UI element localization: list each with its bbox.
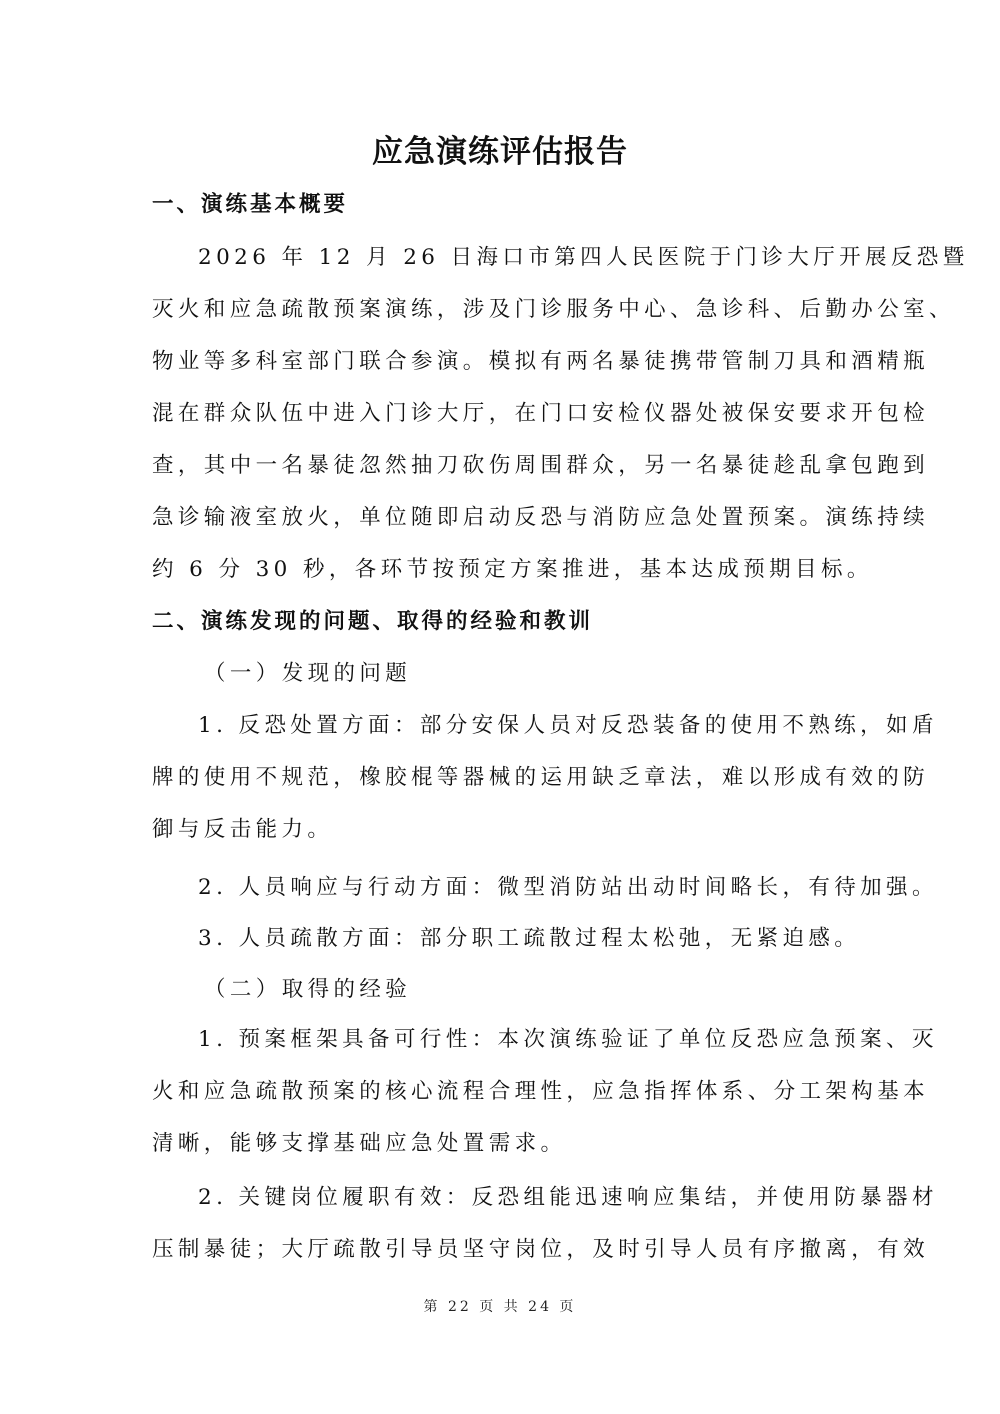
- paragraph-line: 3. 人员疏散方面：部分职工疏散过程太松弛，无紧迫感。: [198, 924, 898, 954]
- paragraph-line: 火和应急疏散预案的核心流程合理性，应急指挥体系、分工架构基本: [152, 1077, 852, 1107]
- subsection-heading-problems: （一）发现的问题: [204, 659, 904, 689]
- section-heading-1: 一、演练基本概要: [152, 190, 852, 220]
- paragraph-line: 压制暴徒；大厅疏散引导员坚守岗位，及时引导人员有序撤离，有效: [152, 1235, 852, 1265]
- paragraph-line: 牌的使用不规范，橡胶棍等器械的运用缺乏章法，难以形成有效的防: [152, 763, 852, 793]
- paragraph-line: 2. 人员响应与行动方面：微型消防站出动时间略长，有待加强。: [198, 873, 898, 903]
- document-title: 应急演练评估报告: [0, 130, 1000, 174]
- paragraph-line: 2. 关键岗位履职有效：反恐组能迅速响应集结，并使用防暴器材: [198, 1183, 898, 1213]
- paragraph-line: 御与反击能力。: [152, 815, 852, 845]
- paragraph-line: 1. 预案框架具备可行性：本次演练验证了单位反恐应急预案、灭: [198, 1025, 898, 1055]
- paragraph-line: 灭火和应急疏散预案演练，涉及门诊服务中心、急诊科、后勤办公室、: [152, 295, 852, 325]
- page-number-footer: 第 22 页 共 24 页: [0, 1296, 1000, 1316]
- paragraph-line: 急诊输液室放火，单位随即启动反恐与消防应急处置预案。演练持续: [152, 503, 852, 533]
- section-heading-2: 二、演练发现的问题、取得的经验和教训: [152, 607, 852, 637]
- paragraph-line: 查，其中一名暴徒忽然抽刀砍伤周围群众，另一名暴徒趁乱拿包跑到: [152, 451, 852, 481]
- subsection-heading-experience: （二）取得的经验: [204, 975, 904, 1005]
- paragraph-line: 约 6 分 30 秒，各环节按预定方案推进，基本达成预期目标。: [152, 555, 852, 585]
- paragraph-line: 1. 反恐处置方面：部分安保人员对反恐装备的使用不熟练，如盾: [198, 711, 898, 741]
- paragraph-line: 物业等多科室部门联合参演。模拟有两名暴徒携带管制刀具和酒精瓶: [152, 347, 852, 377]
- paragraph-line: 2026 年 12 月 26 日海口市第四人民医院于门诊大厅开展反恐暨: [198, 243, 898, 273]
- document-page: 应急演练评估报告 一、演练基本概要 2026 年 12 月 26 日海口市第四人…: [0, 0, 1000, 1414]
- paragraph-line: 混在群众队伍中进入门诊大厅，在门口安检仪器处被保安要求开包检: [152, 399, 852, 429]
- paragraph-line: 清晰，能够支撑基础应急处置需求。: [152, 1129, 852, 1159]
